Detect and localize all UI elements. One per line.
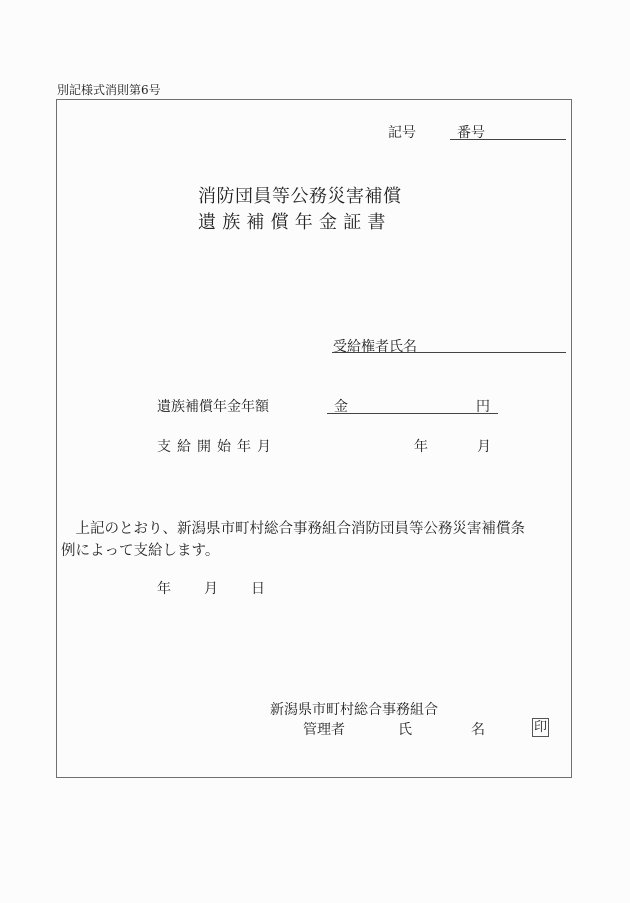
issuer-name-shi: 氏 [398,719,412,739]
statement-line2: 例によって支給します。 [61,540,566,562]
recipient-name-underline [332,352,566,353]
recipient-name-label: 受給権者氏名 [333,336,417,356]
amount-underline [327,413,498,414]
issuer-name-mei: 名 [471,719,485,739]
annual-amount-label: 遺族補償年金年額 [157,396,269,416]
date-day-unit: 日 [251,578,265,598]
seal-icon: 印 [532,718,549,737]
start-month-unit: 月 [477,436,491,456]
issuer-organization: 新潟県市町村総合事務組合 [270,699,438,719]
payment-start-label: 支給開始年月 [157,436,277,456]
start-year-unit: 年 [414,436,428,456]
certificate-title-line1: 消防団員等公務災害補償 [198,182,402,208]
certificate-statement: 上記のとおり、新潟県市町村総合事務組合消防団員等公務災害補償条 例によって支給し… [61,518,566,562]
date-month-unit: 月 [204,578,218,598]
kigo-label: 記号 [388,122,416,142]
certificate-title-line2: 遺族補償年金証書 [198,208,392,234]
form-number-label: 別記様式消則第6号 [57,81,161,98]
bango-label: 番号 [457,122,485,142]
statement-line1: 上記のとおり、新潟県市町村総合事務組合消防団員等公務災害補償条 [61,518,566,540]
issuer-title: 管理者 [303,719,345,739]
date-year-unit: 年 [157,578,171,598]
